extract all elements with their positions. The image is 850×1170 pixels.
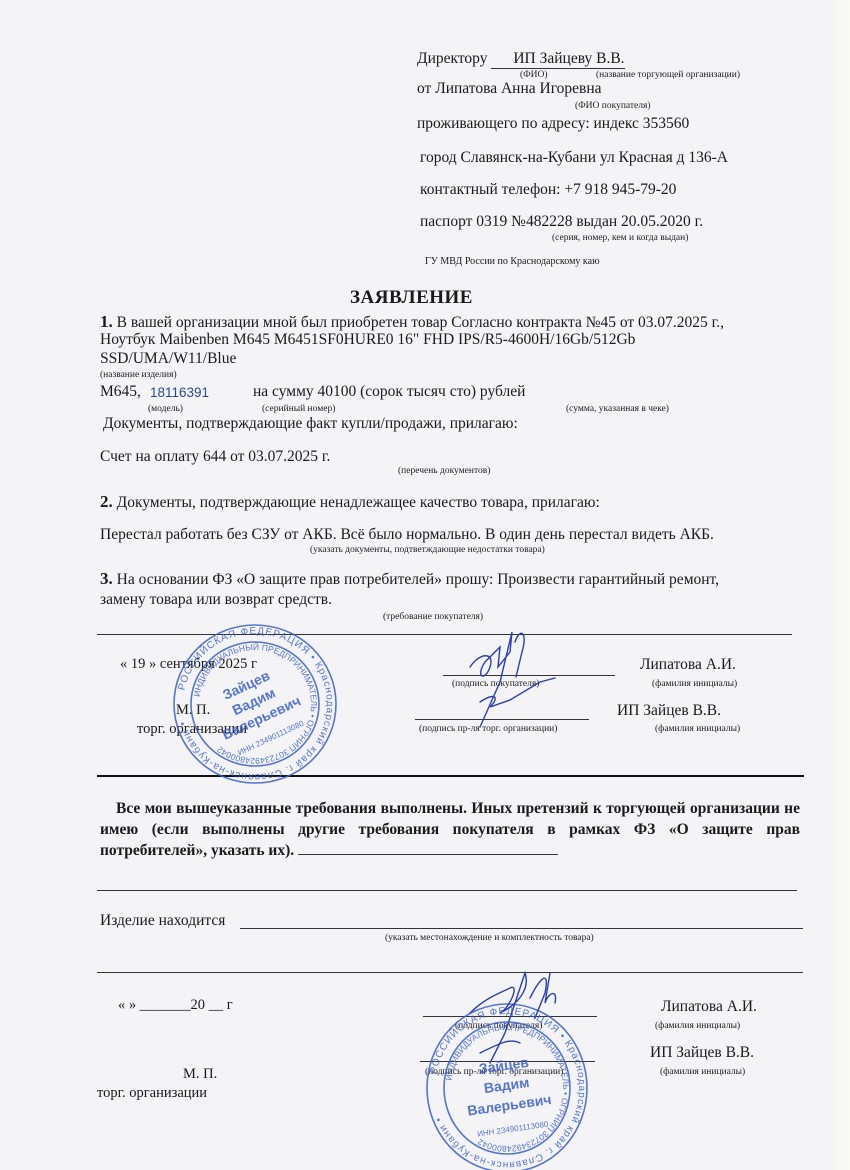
hint-model: (модель)	[148, 404, 183, 414]
buyer-name: Липатова А.И.	[640, 656, 736, 674]
section1-number: 1.	[100, 312, 113, 331]
completion-text: Все мои вышеуказанные требования выполне…	[100, 800, 800, 859]
buyer-signature-line	[443, 675, 615, 676]
hint-product: (название изделия)	[100, 370, 177, 380]
hint-docs: (перечень документов)	[398, 466, 490, 476]
location-line-2[interactable]	[97, 972, 803, 973]
buyer-signature-1	[440, 622, 570, 732]
stamp-place-label: М. П.	[176, 702, 210, 719]
section2-number: 2.	[100, 492, 113, 511]
buyer-signature-line-2	[423, 1016, 597, 1017]
other-requirements-line-2[interactable]	[97, 890, 797, 891]
product-name-line3: SSD/UMA/W11/Blue	[100, 350, 236, 368]
purchase-docs-value: Счет на оплату 644 от 03.07.2025 г.	[100, 448, 330, 466]
hint-seller-signature: (подпись пр-ля торг. организации)	[419, 724, 557, 734]
svg-text:ИНДИВИДУАЛЬНЫЙ ПРЕДПРИНИМАТЕЛЬ: ИНДИВИДУАЛЬНЫЙ ПРЕДПРИНИМАТЕЛЬ • ОГРНИП …	[443, 1021, 571, 1154]
buyer-signature-2	[450, 958, 590, 1068]
seller-signature-line-2	[420, 1061, 595, 1062]
other-requirements-field[interactable]	[298, 854, 558, 855]
product-model: M645,	[100, 383, 141, 401]
passport-line: паспорт 0319 №482228 выдан 20.05.2020 г.	[420, 213, 703, 231]
org-label: торг. организации	[137, 721, 247, 738]
section1-text1: В вашей организации мной был приобретен …	[113, 314, 724, 331]
svg-text:Валерьевич: Валерьевич	[466, 1091, 552, 1119]
org-label-2: торг. организации	[97, 1085, 207, 1102]
hint-fio: (ФИО)	[520, 70, 548, 80]
section3-line1: 3. На основании ФЗ «О защите прав потреб…	[100, 569, 719, 589]
section2-label-line: 2. Документы, подтверждающие ненадлежаще…	[100, 492, 600, 512]
section1-line1: 1. В вашей организации мной был приобрет…	[100, 312, 724, 332]
hint-buyer-signature-2: (подпись покупателя)	[455, 1021, 542, 1031]
from-line: от Липатова Анна Игоревна	[417, 80, 602, 98]
hint-seller-initials: (фамилия инициалы)	[655, 724, 740, 734]
passport-issued-by: ГУ МВД России по Краснодарскому каю	[425, 256, 600, 267]
hint-passport: (серия, номер, кем и когда выдан)	[552, 233, 688, 243]
hint-seller-initials-2: (фамилия инициалы)	[660, 1067, 745, 1077]
hint-serial: (серийный номер)	[262, 404, 335, 414]
director-line: Директору ИП Зайцеву В.В.	[417, 50, 625, 69]
stamp-place-label-2: М. П.	[183, 1066, 217, 1083]
page-edge	[832, 0, 850, 1170]
hint-org: (название торгующей организации)	[596, 70, 740, 80]
product-serial: 18116391	[150, 385, 209, 400]
claim-date: « 19 » сентября 2025 г	[120, 656, 257, 673]
stamp-name-2: Вадим	[230, 684, 278, 718]
svg-text:ИНН 234901113080: ИНН 234901113080	[477, 1120, 550, 1139]
hint-buyer-initials: (фамилия инициалы)	[652, 679, 737, 689]
defect-description: Перестал работать без СЗУ от АКБ. Всё бы…	[100, 526, 714, 544]
hint-defect: (указать документы, подтветждающие недос…	[310, 545, 545, 555]
hint-sum: (сумма, указанная в чеке)	[566, 404, 669, 414]
purchase-docs-label: Документы, подтверждающие факт купли/про…	[103, 415, 518, 433]
completion-statement: Все мои вышеуказанные требования выполне…	[100, 798, 800, 861]
hint-seller-signature-2: (подпись пр-ля торг. организации)	[425, 1067, 563, 1077]
section3-number: 3.	[100, 569, 113, 588]
completion-date: « » _______20 __ г	[118, 997, 233, 1014]
hint-buyer-signature: (подпись покупателя)	[452, 679, 539, 689]
document-title: ЗАЯВЛЕНИЕ	[350, 287, 473, 309]
hint-buyer: (ФИО покупателя)	[575, 101, 651, 111]
address-line: проживающего по адресу: индекс 353560	[417, 115, 689, 133]
phone-line: контактный телефон: +7 918 945-79-20	[420, 181, 676, 199]
director-name-field: ИП Зайцеву В.В.	[491, 50, 624, 69]
divider-thick	[97, 775, 804, 777]
city-line: город Славянск-на-Кубани ул Красная д 13…	[420, 149, 728, 167]
section2-label: Документы, подтверждающие ненадлежащее к…	[113, 494, 600, 511]
divider-1	[97, 634, 792, 635]
seller-name-2: ИП Зайцев В.В.	[650, 1044, 754, 1062]
svg-text:Вадим: Вадим	[483, 1074, 531, 1096]
location-label: Изделие находится	[100, 912, 225, 930]
section3-text2: замену товара или возврат средств.	[100, 591, 332, 609]
purchase-sum: на сумму 40100 (сорок тысяч сто) рублей	[253, 383, 525, 401]
seller-signature-line	[415, 719, 589, 720]
section3-text1: На основании ФЗ «О защите прав потребите…	[113, 571, 719, 588]
location-field[interactable]	[240, 928, 803, 929]
buyer-name-2: Липатова А.И.	[661, 998, 757, 1016]
director-label: Директору	[417, 50, 487, 67]
product-name-line2: Ноутбук Maibenben M645 M6451SF0HURE0 16"…	[100, 331, 635, 349]
seller-name: ИП Зайцев В.В.	[617, 702, 721, 720]
director-name: ИП Зайцеву В.В.	[513, 50, 624, 67]
hint-buyer-initials-2: (фамилия инициалы)	[655, 1021, 740, 1031]
hint-requirement: (требование покупателя)	[383, 612, 483, 622]
hint-location: (указать местонахождение и комплектность…	[385, 933, 594, 943]
